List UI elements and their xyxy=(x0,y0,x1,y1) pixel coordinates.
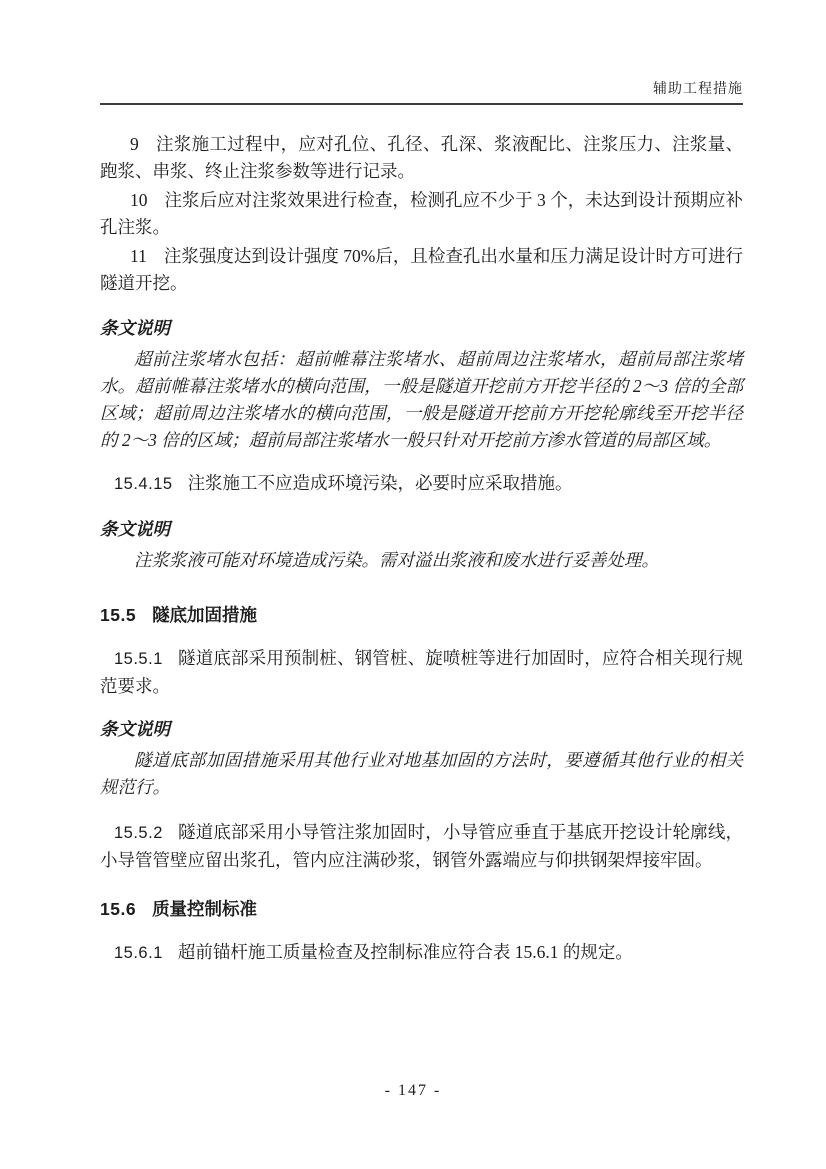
section-title: 隧底加固措施 xyxy=(152,605,257,625)
list-item-11: 11注浆强度达到设计强度 70%后，且检查孔出水量和压力满足设计时方可进行隧道开… xyxy=(100,243,743,297)
explanation-heading: 条文说明 xyxy=(100,516,743,543)
clause-text: 注浆施工不应造成环境污染，必要时应采取措施。 xyxy=(188,473,573,493)
explanation-heading: 条文说明 xyxy=(100,716,743,743)
section-number: 15.5 xyxy=(100,605,136,625)
item-text: 注浆强度达到设计强度 70%后，且检查孔出水量和压力满足设计时方可进行隧道开挖。 xyxy=(100,246,743,293)
page-header: 辅助工程措施 xyxy=(100,78,743,105)
section-title: 质量控制标准 xyxy=(152,899,257,919)
clause-15-6-1: 15.6.1超前锚杆施工质量检查及控制标准应符合表 15.6.1 的规定。 xyxy=(100,939,743,967)
clause-text: 隧道底部采用小导管注浆加固时，小导管应垂直于基底开挖设计轮廓线，小导管管壁应留出… xyxy=(100,822,743,870)
clause-15-4-15: 15.4.15注浆施工不应造成环境污染，必要时应采取措施。 xyxy=(100,470,743,498)
section-heading-15-6: 15.6质量控制标准 xyxy=(100,896,743,923)
item-number: 11 xyxy=(130,246,147,266)
running-header-title: 辅助工程措施 xyxy=(653,80,743,96)
clause-text: 超前锚杆施工质量检查及控制标准应符合表 15.6.1 的规定。 xyxy=(178,942,633,962)
section-heading-15-5: 15.5隧底加固措施 xyxy=(100,602,743,629)
page-number: - 147 - xyxy=(385,1082,442,1099)
item-number: 10 xyxy=(130,190,148,210)
item-text: 注浆施工过程中，应对孔位、孔径、孔深、浆液配比、注浆压力、注浆量、跑浆、串浆、终… xyxy=(100,134,743,181)
clause-number: 15.5.1 xyxy=(114,650,163,668)
document-page: 辅助工程措施 9注浆施工过程中，应对孔位、孔径、孔深、浆液配比、注浆压力、注浆量… xyxy=(0,0,826,1169)
list-item-10: 10注浆后应对注浆效果进行检查，检测孔应不少于 3 个，未达到设计预期应补孔注浆… xyxy=(100,187,743,241)
clause-number: 15.6.1 xyxy=(114,944,163,962)
explanation-text: 超前注浆堵水包括：超前帷幕注浆堵水、超前周边注浆堵水，超前局部注浆堵水。超前帷幕… xyxy=(100,346,743,454)
clause-number: 15.4.15 xyxy=(114,475,173,493)
explanation-text: 隧道底部加固措施采用其他行业对地基加固的方法时，要遵循其他行业的相关规范行。 xyxy=(100,747,743,801)
clause-15-5-1: 15.5.1隧道底部采用预制桩、钢管桩、旋喷桩等进行加固时，应符合相关现行规范要… xyxy=(100,645,743,700)
explanation-heading: 条文说明 xyxy=(100,315,743,342)
section-number: 15.6 xyxy=(100,899,136,919)
item-text: 注浆后应对注浆效果进行检查，检测孔应不少于 3 个，未达到设计预期应补孔注浆。 xyxy=(100,190,743,237)
list-item-9: 9注浆施工过程中，应对孔位、孔径、孔深、浆液配比、注浆压力、注浆量、跑浆、串浆、… xyxy=(100,131,743,185)
page-footer: - 147 - xyxy=(0,1082,826,1100)
clause-text: 隧道底部采用预制桩、钢管桩、旋喷桩等进行加固时，应符合相关现行规范要求。 xyxy=(100,648,743,696)
item-number: 9 xyxy=(130,134,139,154)
explanation-text: 注浆浆液可能对环境造成污染。需对溢出浆液和废水进行妥善处理。 xyxy=(100,547,743,574)
clause-number: 15.5.2 xyxy=(114,824,163,842)
page-content: 辅助工程措施 9注浆施工过程中，应对孔位、孔径、孔深、浆液配比、注浆压力、注浆量… xyxy=(100,78,743,967)
clause-15-5-2: 15.5.2隧道底部采用小导管注浆加固时，小导管应垂直于基底开挖设计轮廓线，小导… xyxy=(100,819,743,874)
